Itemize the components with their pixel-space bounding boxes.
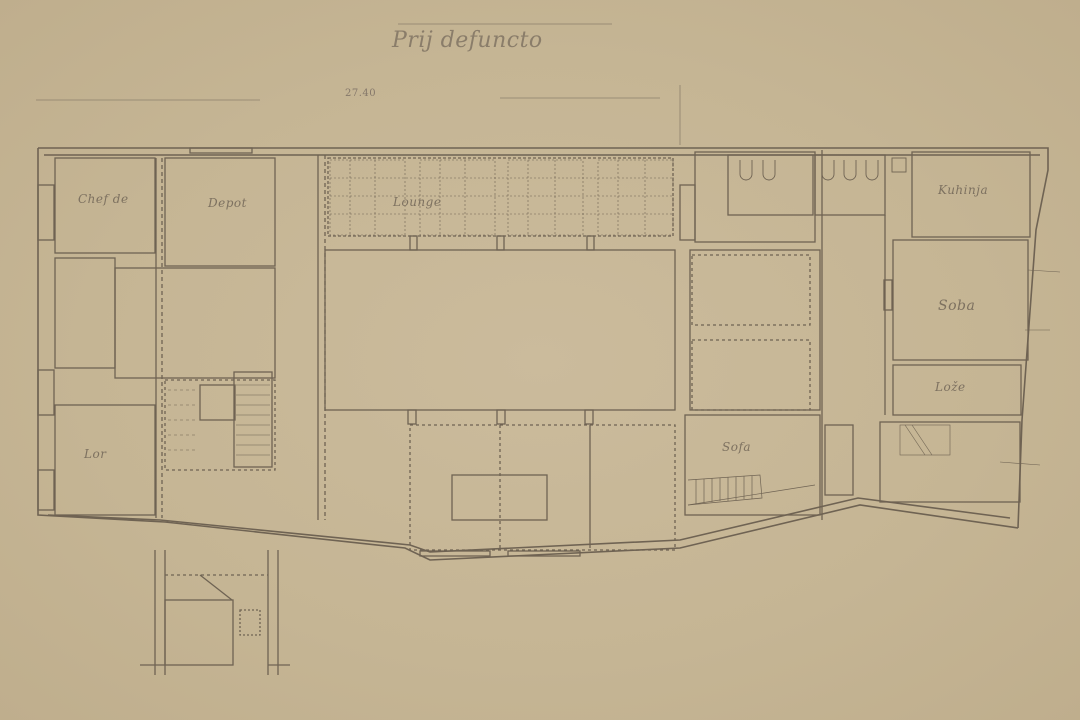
- right-rooms: [880, 152, 1060, 502]
- room-label-sofa: Sofa: [722, 440, 751, 454]
- room-label-soba: Soba: [938, 298, 975, 314]
- drawing-title: Prij defuncto: [392, 28, 543, 53]
- room-label-lounge: Lounge: [393, 195, 441, 209]
- room-label-chef: Chef de: [78, 192, 129, 206]
- outer-walls: [38, 148, 1048, 560]
- room-label-lor: Lor: [84, 447, 106, 461]
- dimension-label: 27.40: [345, 88, 376, 99]
- right-stair-hatch: [900, 425, 950, 455]
- ceiling-grid: [330, 160, 673, 235]
- room-label-kuhinja: Kuhinja: [938, 183, 988, 197]
- guide-lines: [36, 24, 680, 145]
- room-label-depot: Depot: [208, 196, 247, 210]
- central-hall: [318, 155, 675, 556]
- lower-annex: [140, 550, 290, 675]
- right-middle: [680, 150, 885, 520]
- room-label-loze: Lože: [935, 380, 966, 394]
- floor-plan-drawing: [0, 0, 1080, 720]
- toilets: [740, 158, 906, 180]
- sofa-stair-hatch: [688, 475, 815, 505]
